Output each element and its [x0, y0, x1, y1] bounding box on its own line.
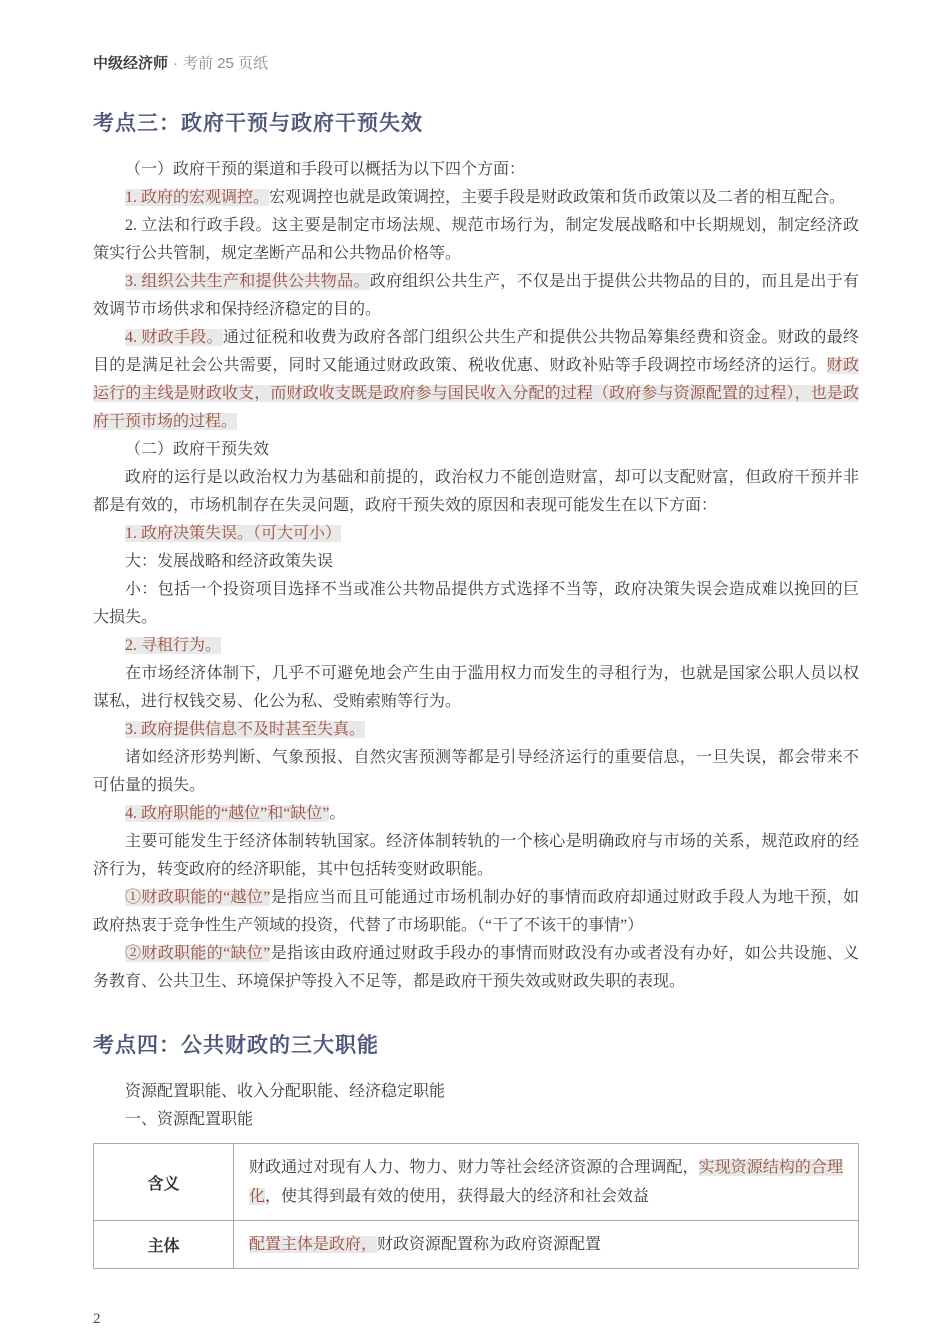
doc-subtitle: 考前 25 页纸 — [183, 55, 268, 72]
function-table-body: 含义财政通过对现有人力、物力、财力等社会经济资源的合理调配，实现资源结构的合理化… — [94, 1144, 859, 1269]
paragraph: ②财政职能的“缺位”是指该由政府通过财政手段办的事情而财政没有办或者没有办好，如… — [93, 940, 859, 996]
paragraph: 主要可能发生于经济体制转轨国家。经济体制转轨的一个核心是明确政府与市场的关系，规… — [93, 828, 859, 884]
section-title-four: 考点四：公共财政的三大职能 — [93, 1031, 859, 1061]
text-run: 宏观调控也就是政策调控，主要手段是财政政策和货币政策以及二者的相互配合。 — [269, 189, 845, 206]
text-run: 主要可能发生于经济体制转轨国家。经济体制转轨的一个核心是明确政府与市场的关系，规… — [93, 833, 859, 878]
highlighted-text: 4. 财政手段。 — [125, 329, 223, 346]
page-footer: 2 — [93, 1311, 859, 1328]
paragraph: 政府的运行是以政治权力为基础和前提的，政治权力不能创造财富，却可以支配财富，但政… — [93, 464, 859, 520]
paragraph: 3. 组织公共生产和提供公共物品。政府组织公共生产，不仅是出于提供公共物品的目的… — [93, 268, 859, 324]
page-number: 2 — [93, 1311, 101, 1327]
section-body-four: 资源配置职能、收入分配职能、经济稳定职能一、资源配置职能 — [93, 1078, 859, 1134]
text-run: 一、资源配置职能 — [125, 1111, 253, 1128]
paragraph: ①财政职能的“越位”是指应当而且可能通过市场机制办好的事情而政府却通过财政手段人… — [93, 884, 859, 940]
paragraph: 1. 政府决策失误。（可大可小） — [93, 520, 859, 548]
paragraph: 1. 政府的宏观调控。宏观调控也就是政策调控，主要手段是财政政策和货币政策以及二… — [93, 184, 859, 212]
highlighted-text: 2. 寻租行为。 — [125, 637, 221, 654]
text-run: 2. 立法和行政手段。这主要是制定市场法规、规范市场行为，制定发展战略和中长期规… — [93, 217, 859, 262]
text-run: 资源配置职能、收入分配职能、经济稳定职能 — [125, 1083, 445, 1100]
highlighted-text: ①财政职能的“越位” — [125, 889, 270, 906]
paragraph: 大：发展战略和经济政策失误 — [93, 548, 859, 576]
text-run: 政府的运行是以政治权力为基础和前提的，政治权力不能创造财富，却可以支配财富，但政… — [93, 469, 859, 514]
dot-separator: · — [173, 55, 178, 72]
section-title-three: 考点三：政府干预与政府干预失效 — [93, 109, 859, 139]
text-run: 大：发展战略和经济政策失误 — [125, 553, 333, 570]
paragraph: 2. 立法和行政手段。这主要是制定市场法规、规范市场行为，制定发展战略和中长期规… — [93, 212, 859, 268]
highlighted-text: 1. 政府决策失误。（可大可小） — [125, 525, 341, 542]
paragraph: 2. 寻租行为。 — [93, 632, 859, 660]
highlighted-text: 3. 政府提供信息不及时甚至失真。 — [125, 721, 365, 738]
table-row: 主体配置主体是政府，财政资源配置称为政府资源配置 — [94, 1221, 859, 1269]
highlighted-text: 1. 政府的宏观调控。 — [125, 189, 269, 206]
text-run: 财政资源配置称为政府资源配置 — [377, 1236, 601, 1253]
text-run: 诸如经济形势判断、气象预报、自然灾害预测等都是引导经济运行的重要信息，一旦失误，… — [93, 749, 859, 794]
highlighted-text: 配置主体是政府， — [249, 1236, 377, 1253]
text-run: 。 — [329, 805, 345, 822]
row-label: 主体 — [94, 1221, 234, 1269]
paragraph: 小：包括一个投资项目选择不当或准公共物品提供方式选择不当等，政府决策失误会造成难… — [93, 576, 859, 632]
row-label: 含义 — [94, 1144, 234, 1221]
text-run: 小：包括一个投资项目选择不当或准公共物品提供方式选择不当等，政府决策失误会造成难… — [93, 581, 859, 626]
text-run: （二）政府干预失效 — [125, 441, 269, 458]
document-page: 中级经济师·考前 25 页纸 考点三：政府干预与政府干预失效 （一）政府干预的渠… — [0, 0, 950, 1333]
paragraph: 3. 政府提供信息不及时甚至失真。 — [93, 716, 859, 744]
paragraph: （一）政府干预的渠道和手段可以概括为以下四个方面： — [93, 156, 859, 184]
paragraph: 资源配置职能、收入分配职能、经济稳定职能 — [93, 1078, 859, 1106]
row-content: 财政通过对现有人力、物力、财力等社会经济资源的合理调配，实现资源结构的合理化，使… — [234, 1144, 859, 1221]
paragraph: 在市场经济体制下，几乎不可避免地会产生由于滥用权力而发生的寻租行为，也就是国家公… — [93, 660, 859, 716]
table-row: 含义财政通过对现有人力、物力、财力等社会经济资源的合理调配，实现资源结构的合理化… — [94, 1144, 859, 1221]
text-run: （一）政府干预的渠道和手段可以概括为以下四个方面： — [125, 161, 525, 178]
paragraph: 4. 财政手段。通过征税和收费为政府各部门组织公共生产和提供公共物品筹集经费和资… — [93, 324, 859, 436]
highlighted-text: 3. 组织公共生产和提供公共物品。 — [125, 273, 370, 290]
text-run: 财政通过对现有人力、物力、财力等社会经济资源的合理调配， — [249, 1159, 699, 1176]
row-content: 配置主体是政府，财政资源配置称为政府资源配置 — [234, 1221, 859, 1269]
doc-header: 中级经济师·考前 25 页纸 — [93, 54, 859, 74]
highlighted-text: ②财政职能的“缺位” — [125, 945, 270, 962]
paragraph: 一、资源配置职能 — [93, 1106, 859, 1134]
section-body-three: （一）政府干预的渠道和手段可以概括为以下四个方面：1. 政府的宏观调控。宏观调控… — [93, 156, 859, 996]
text-run: ，使其得到最有效的使用，获得最大的经济和社会效益 — [265, 1188, 649, 1205]
text-run: 在市场经济体制下，几乎不可避免地会产生由于滥用权力而发生的寻租行为，也就是国家公… — [93, 665, 859, 710]
highlighted-text: 4. 政府职能的“越位”和“缺位” — [125, 805, 329, 822]
paragraph: （二）政府干预失效 — [93, 436, 859, 464]
paragraph: 诸如经济形势判断、气象预报、自然灾害预测等都是引导经济运行的重要信息，一旦失误，… — [93, 744, 859, 800]
resource-allocation-table: 含义财政通过对现有人力、物力、财力等社会经济资源的合理调配，实现资源结构的合理化… — [93, 1143, 859, 1269]
doc-brand: 中级经济师 — [93, 55, 168, 72]
paragraph: 4. 政府职能的“越位”和“缺位”。 — [93, 800, 859, 828]
